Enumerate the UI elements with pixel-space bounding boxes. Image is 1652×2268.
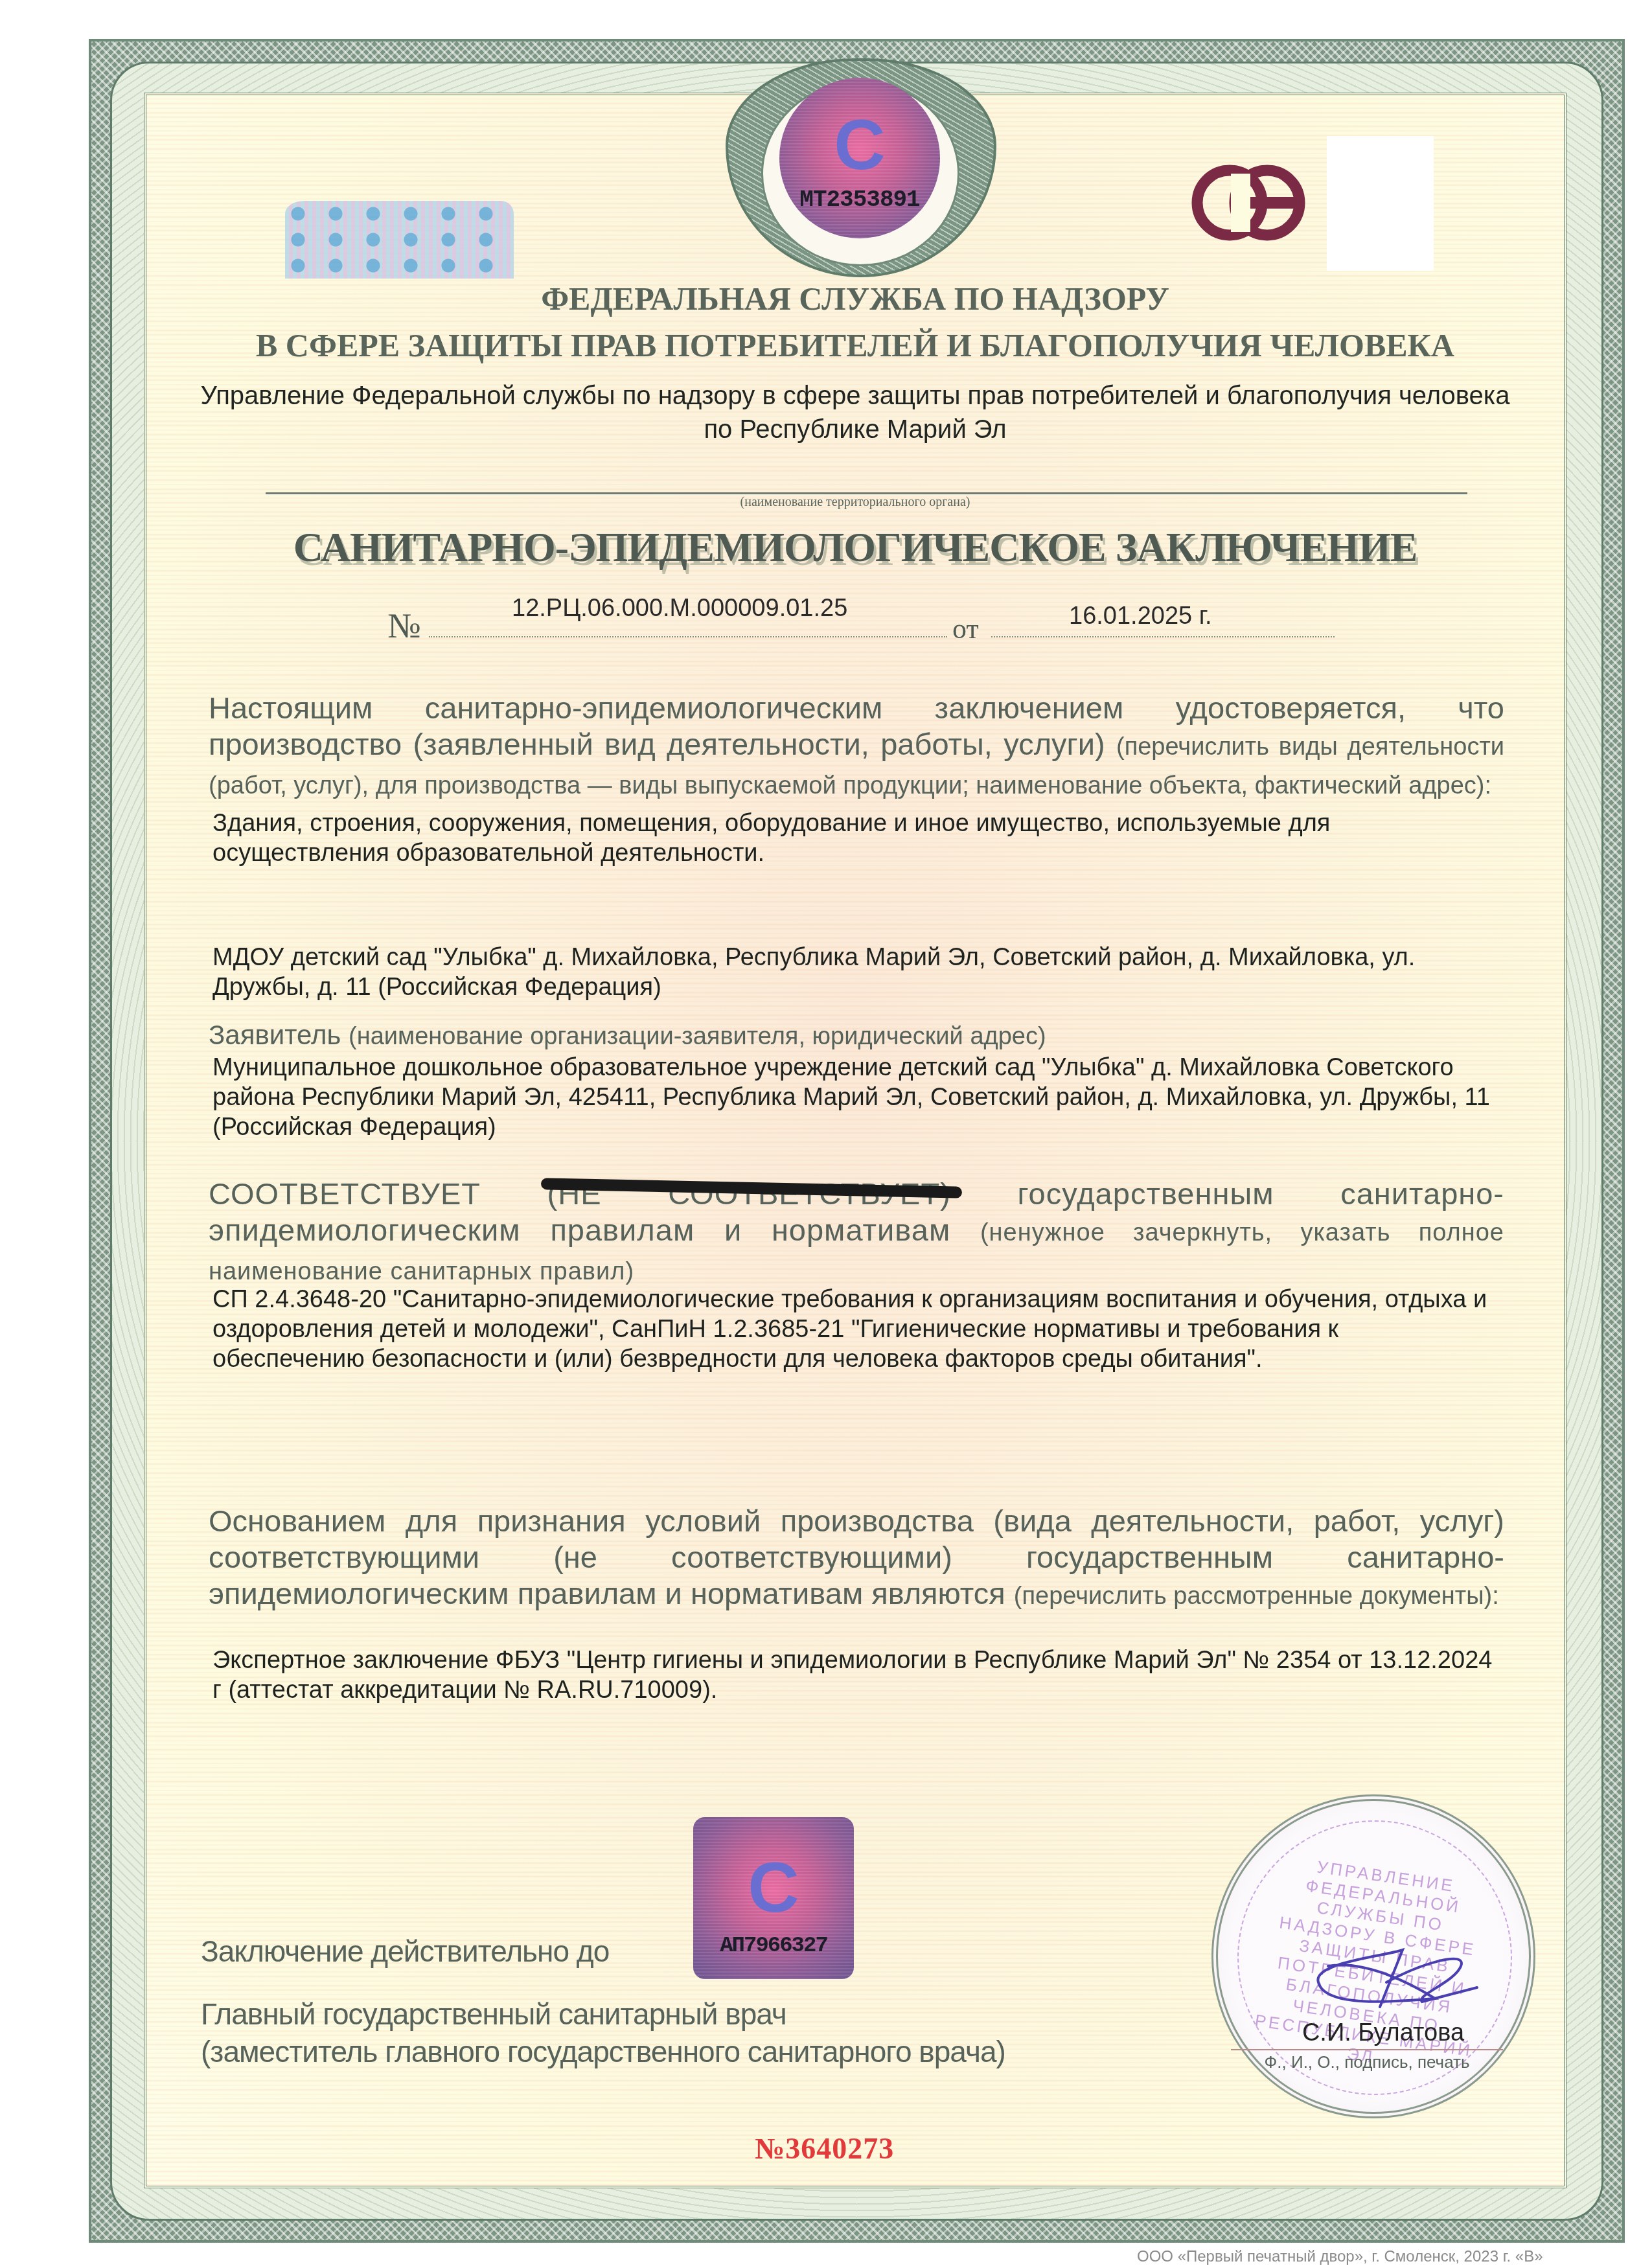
printer-imprint: ООО «Первый печатный двор», г. Смоленск,…: [1137, 2248, 1543, 2266]
se-logo-icon: [1191, 161, 1307, 245]
valid-until-label: Заключение действительно до: [201, 1934, 609, 1969]
chief-doctor-title: Главный государственный санитарный врач …: [201, 1995, 1005, 2070]
date-underline: [991, 636, 1335, 637]
agency-name-line2: В СФЕРЕ ЗАЩИТЫ ПРАВ ПОТРЕБИТЕЛЕЙ И БЛАГО…: [144, 326, 1566, 364]
sanitary-rules-value: СП 2.4.3648-20 "Санитарно-эпидемиологиче…: [212, 1285, 1495, 1374]
hologram-serial: АП7966327: [693, 1934, 854, 1958]
intro-paragraph: Настоящим санитарно-эпидемиологическим з…: [209, 690, 1504, 804]
object-address-value: МДОУ детский сад "Улыбка" д. Михайловка,…: [212, 943, 1495, 1002]
applicant-value: Муниципальное дошкольное образовательное…: [212, 1053, 1495, 1142]
white-patch: [1327, 136, 1434, 271]
signature-icon: [1305, 1937, 1480, 2015]
activity-value: Здания, строения, сооружения, помещения,…: [212, 808, 1495, 868]
territorial-body-caption: (наименование территориального органа): [144, 495, 1566, 510]
applicant-label: Заявитель: [209, 1020, 341, 1050]
hologram-sticker-bottom: С АП7966327: [693, 1817, 854, 1979]
basis-hint: (перечислить рассмотренные документы):: [1014, 1583, 1499, 1610]
signer-underline: [1231, 2049, 1503, 2050]
signer-name: С.И. Булатова: [1283, 2019, 1484, 2047]
territorial-body: Управление Федеральной службы по надзору…: [188, 379, 1522, 446]
hologram-serial: МТ2353891: [779, 187, 940, 213]
basis-paragraph: Основанием для признания условий произво…: [209, 1503, 1504, 1614]
number-underline: [429, 636, 947, 637]
document-number: 12.РЦ.06.000.М.000009.01.25: [512, 595, 847, 623]
sanepid-emblem-icon: С: [779, 104, 940, 186]
agency-name-line1: ФЕДЕРАЛЬНАЯ СЛУЖБА ПО НАДЗОРУ: [144, 280, 1566, 317]
document-title: САНИТАРНО-ЭПИДЕМИОЛОГИЧЕСКОЕ ЗАКЛЮЧЕНИЕ: [144, 523, 1566, 571]
hologram-seal-top: С МТ2353891: [779, 78, 940, 238]
date-label: от: [952, 612, 979, 645]
applicant-hint: (наименование организации-заявителя, юри…: [349, 1023, 1046, 1050]
applicant-label-row: Заявитель (наименование организации-заяв…: [209, 1017, 1504, 1055]
basis-documents-value: Экспертное заключение ФБУЗ "Центр гигиен…: [212, 1645, 1495, 1705]
territorial-body-rule: [266, 492, 1467, 494]
form-serial-number: №3640273: [755, 2131, 894, 2166]
chief-title-line2: (заместитель главного государственного с…: [201, 2033, 1005, 2070]
hologram-stripe: [285, 201, 514, 279]
chief-title-line1: Главный государственный санитарный врач: [201, 1995, 1005, 2033]
conformity-status: СООТВЕТСТВУЕТ: [209, 1176, 481, 1211]
number-label: №: [387, 606, 421, 646]
sanepid-emblem-icon: С: [693, 1846, 854, 1929]
document-date: 16.01.2025 г.: [1069, 602, 1212, 630]
signer-caption: Ф., И., О., подпись, печать: [1231, 2052, 1503, 2072]
